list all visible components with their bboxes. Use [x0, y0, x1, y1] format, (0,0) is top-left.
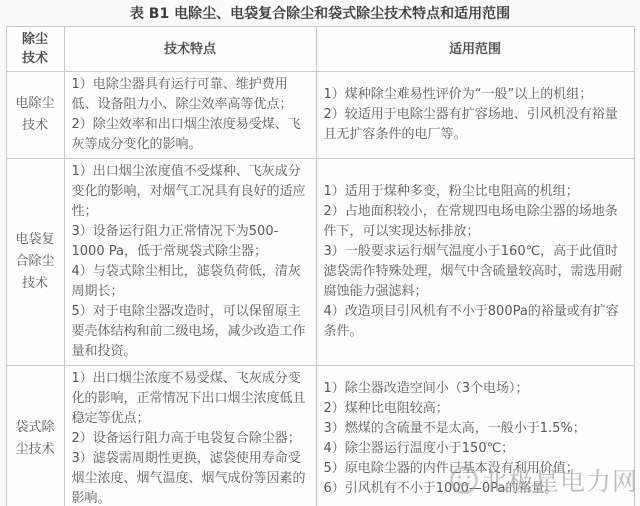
feature-item: 1）电除尘器具有运行可靠、维护费用低、设备阻力小、除尘效率高等优点； [72, 75, 309, 115]
scope-item: 1）适用于煤种多变，粉尘比电阻高的机组； [324, 182, 627, 202]
scope-item: 5）原电除尘器的内件已基本没有利用价值； [324, 459, 627, 479]
feature-item: 2）除尘效率和出口烟尘浓度易受煤、飞灰等成分变化的影响。 [72, 115, 309, 155]
page-title: 表 B1 电除尘、电袋复合除尘和袋式除尘技术特点和适用范围 [0, 0, 640, 26]
tech-name: 电除尘技术 [6, 72, 64, 159]
scope-item: 3）一般要求运行烟气温度小于160℃，高于此值时滤袋需作特殊处理，烟气中含硫量较… [324, 242, 627, 302]
dust-removal-tech-table: 除尘 技术 技术特点 适用范围 电除尘技术 1）电除尘器具有运行可靠、维护费用低… [6, 26, 635, 506]
scope-cell: 1）除尘器改造空间小（3个电场）； 2）煤种比电阻较高； 3）燃煤的含硫量不是太… [316, 366, 634, 506]
table-row-electrostatic-bag: 电袋复合除尘技术 1）出口烟尘浓度值不受煤种、飞灰成分变化的影响，对烟气工况具有… [6, 159, 634, 366]
header-features: 技术特点 [64, 27, 316, 72]
scope-item: 4）除尘器运行温度小于150℃； [324, 439, 627, 459]
table-header-row: 除尘 技术 技术特点 适用范围 [6, 27, 634, 72]
feature-item: 1）出口烟尘浓度不易受煤、飞灰成分变化的影响，正常情况下出口烟尘浓度低且稳定等优… [72, 369, 309, 429]
header-tech: 除尘 技术 [6, 27, 64, 72]
tech-name: 袋式除尘技术 [6, 366, 64, 506]
feature-item: 1）出口烟尘浓度值不受煤种、飞灰成分变化的影响，对烟气工况具有良好的适应性； [72, 162, 309, 222]
scope-item: 6）引风机有不小于1000—0Pa的裕量。 [324, 479, 627, 499]
scope-cell: 1）适用于煤种多变，粉尘比电阻高的机组； 2）占地面积较小，在常规四电场电除尘器… [316, 159, 634, 366]
scope-item: 2）占地面积较小，在常规四电场电除尘器的场地条件下，可以实现达标排放； [324, 202, 627, 242]
feature-item: 3）设备运行阻力正常情况下为500-1000 Pa，低于常规袋式除尘器； [72, 222, 309, 262]
scope-item: 3）燃煤的含硫量不是太高，一般小于1.5%； [324, 419, 627, 439]
scope-item: 2）较适用于电除尘器有扩容场地、引风机没有裕量且无扩容条件的电厂等。 [324, 105, 627, 145]
features-cell: 1）电除尘器具有运行可靠、维护费用低、设备阻力小、除尘效率高等优点； 2）除尘效… [64, 72, 316, 159]
table-row-electrostatic: 电除尘技术 1）电除尘器具有运行可靠、维护费用低、设备阻力小、除尘效率高等优点；… [6, 72, 634, 159]
feature-item: 3）滤袋需周期性更换，滤袋使用寿命受烟尘浓度、烟气温度、烟气成份等因素的影响。 [72, 449, 309, 506]
feature-item: 5）对于电除尘器改造时，可以保留原主要壳体结构和前二级电场，减少改造工作量和投资… [72, 302, 309, 362]
header-scope: 适用范围 [316, 27, 634, 72]
features-cell: 1）出口烟尘浓度值不受煤种、飞灰成分变化的影响，对烟气工况具有良好的适应性； 3… [64, 159, 316, 366]
feature-item: 2）设备运行阻力高于电袋复合除尘器； [72, 429, 309, 449]
feature-item: 4）与袋式除尘相比，滤袋负荷低，清灰周期长； [72, 262, 309, 302]
scope-item: 4）改造项目引风机有不小于800Pa的裕量或有扩容条件。 [324, 302, 627, 342]
tech-name: 电袋复合除尘技术 [6, 159, 64, 366]
features-cell: 1）出口烟尘浓度不易受煤、飞灰成分变化的影响，正常情况下出口烟尘浓度低且稳定等优… [64, 366, 316, 506]
scope-cell: 1）煤种除尘难易性评价为“一般”以上的机组； 2）较适用于电除尘器有扩容场地、引… [316, 72, 634, 159]
scope-item: 1）煤种除尘难易性评价为“一般”以上的机组； [324, 85, 627, 105]
scope-item: 1）除尘器改造空间小（3个电场）； [324, 379, 627, 399]
scope-item: 2）煤种比电阻较高； [324, 399, 627, 419]
table-row-bag: 袋式除尘技术 1）出口烟尘浓度不易受煤、飞灰成分变化的影响，正常情况下出口烟尘浓… [6, 366, 634, 506]
